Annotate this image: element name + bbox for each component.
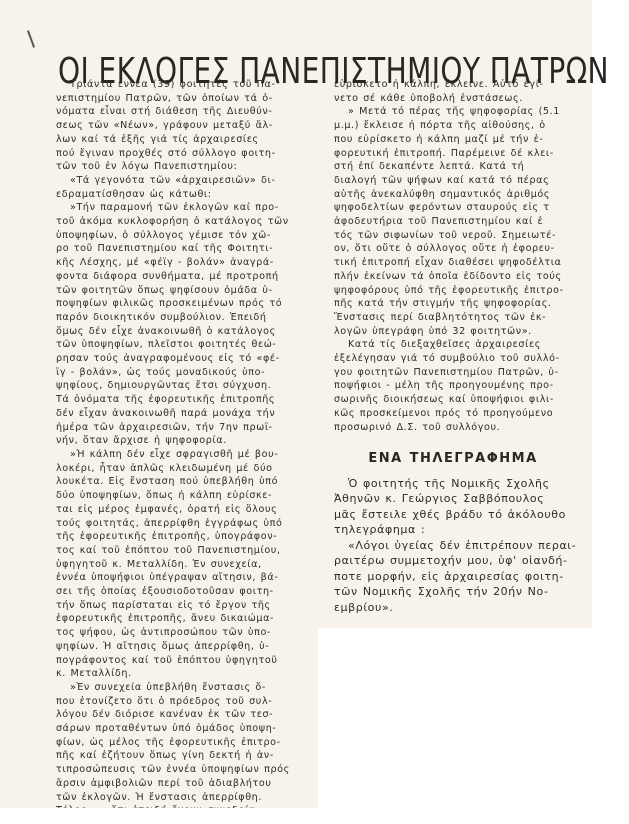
text-line: Ἀθηνῶν κ. Γεώργιος Σαββόπουλος	[334, 491, 592, 507]
text-line: »Ἡ κάλπη δέν εἶχε σφραγισθῆ μέ βου-	[56, 448, 318, 462]
text-line: παρόν διοικητικόν συμβούλιον. Ἐπειδή	[56, 311, 318, 325]
left-column: Τριάντα ἐννέα (39) φοιτητές τοῦ Πα-νεπισ…	[56, 78, 318, 808]
text-line: φοντα διάφορα συνθήματα, μέ προτροπή	[56, 270, 318, 284]
text-line: τός τῶν σιφωνίων τοῦ νεροῦ. Σημειωτέ-	[334, 229, 592, 243]
text-line: τῶν Νομικῆς Σχολῆς τήν 20ήν Νο-	[334, 584, 592, 600]
text-line: τήν ὅπως παρίσταται εἰς τό ἔργον τῆς	[56, 599, 318, 613]
text-line: στή ἐπί δεκαπέντε λεπτά. Κατά τή	[334, 160, 592, 174]
text-line: τῶν φοιτητῶν ὅπως ψηφίσουν ὁμάδα ὑ-	[56, 284, 318, 298]
text-line: πῆς κατά τήν στιγμήν τῆς ψηφοφορίας.	[334, 297, 592, 311]
clipping-bottom-edge	[0, 808, 318, 824]
text-line: τος καί τοῦ ἐπόπτου τοῦ Πανεπιστημίου,	[56, 544, 318, 558]
text-line: κ. Μεταλλίδη.	[56, 667, 318, 681]
text-line: ται εἰς μέρος ἐμφανές, ὁρατή εἰς ὅλους	[56, 503, 318, 517]
text-line: ἡμέρα τῶν ἀρχαιρεσιῶν, τήν 7ην πρωϊ-	[56, 421, 318, 435]
text-line: κῆς Λέσχης, μέ «φέϊγ - βολάν» ἀναγρά-	[56, 256, 318, 270]
text-line: τούς φοιτητάς, ἀπερρίφθη ἐγγράφως ὑπό	[56, 517, 318, 531]
text-line: ποψηφίων φιλικῶς προσκειμένων πρός τό	[56, 297, 318, 311]
text-line: εδραματίσθησαν ὡς κάτωθι:	[56, 188, 318, 202]
text-line: ψηφοφόρους ὑπό τῆς ἐφορευτικῆς ἐπιτρο-	[334, 284, 592, 298]
text-line: νήν, ὅταν ἄρχισε ἡ ψηφοφορία.	[56, 434, 318, 448]
text-line: σωρινῆς διοικήσεως καί ὑποψήφιοι φιλι-	[334, 393, 592, 407]
text-line: τῶν ἐκλογῶν. Ἡ ἔνστασις ἀπερρίφθη.	[56, 791, 318, 805]
text-line: νεπιστημίου Πατρῶν, τῶν ὁποίων τά ὀ-	[56, 92, 318, 106]
text-line: τῆς ἐφορευτικῆς ἐπιτροπῆς, ὑπογράφον-	[56, 530, 318, 544]
text-line: λων καί τά ἑξῆς γιά τίς ἀρχαιρεσίες	[56, 133, 318, 147]
text-line: «Λόγοι ὑγείας δέν ἐπιτρέπουν περαι-	[334, 538, 592, 554]
text-line: ἄρσιν ἀμφιβολιῶν περί τοῦ ἀδιαβλήτου	[56, 777, 318, 791]
right-column-body: εὑρίσκετο ἡ κάλπη, ἔκλεινε. Αὐτό ἐγί-νετ…	[334, 78, 592, 434]
text-line: σει τῆς ὁποίας ἐξουσιοδοτοῦσαν φοιτη-	[56, 585, 318, 599]
text-line: νετο σέ κάθε ὑποβολή ἐνστάσεως.	[334, 92, 592, 106]
text-line: Ὁ φοιτητής τῆς Νομικῆς Σχολῆς	[334, 476, 592, 492]
text-line: που ἐτονίζετο ὅτι ὁ πρόεδρος τοῦ συλ-	[56, 695, 318, 709]
text-line: γου φοιτητῶν Πανεπιστημίου Πατρῶν, ὑ-	[334, 366, 592, 380]
text-line: δέν εἶχαν ἀνακοινωθῆ παρά μονάχα τήν	[56, 407, 318, 421]
text-line: που εὑρίσκετο ἡ κάλπη μαζί μέ τήν ἐ-	[334, 133, 592, 147]
text-line: «Τά γεγονότα τῶν «ἀρχαιρεσιῶν» δι-	[56, 174, 318, 188]
text-line: »Ἐν συνεχεία ὑπεβλήθη ἔνστασις ὅ-	[56, 681, 318, 695]
text-line: ψηφοδελτίων φερόντων σταυρούς εἰς τ	[334, 201, 592, 215]
text-line: τοῦ ἀκόμα κυκλοφορήση ὁ κατάλογος τῶν	[56, 215, 318, 229]
text-line: ὑφηγητοῦ κ. Μεταλλίδη. Ἐν συνεχεία,	[56, 558, 318, 572]
text-line: μᾶς ἔστειλε χθές βράδυ τό ἀκόλουθο	[334, 507, 592, 523]
text-line: δύο ὑποψηφίων, ὅπως ἡ κάλπη εὑρίσκε-	[56, 489, 318, 503]
text-line: πογράφοντος καί τοῦ ἐπόπτου ὑφηγητοῦ	[56, 654, 318, 668]
text-line: ὅμως δέν εἶχε ἀνακοινωθῆ ὁ κατάλογος	[56, 325, 318, 339]
text-line: ἐξελέγησαν γιά τό συμβούλιο τοῦ συλλό-	[334, 352, 592, 366]
text-line: πλήν ἐκείνων τά ὁποῖα ἐδίδοντο εἰς τούς	[334, 270, 592, 284]
text-line: τηλεγράφημα :	[334, 522, 592, 538]
text-line: τιπροσώπευσις τῶν ἐννέα ὑποψηφίων πρός	[56, 763, 318, 777]
subheading-telegram: ΕΝΑ ΤΗΛΕΓΡΑΦΗΜΑ	[334, 452, 592, 466]
text-line: φορευτική ἐπιτροπή. Παρέμεινε δέ κλει-	[334, 147, 592, 161]
clipping-cut-edge	[318, 628, 592, 824]
text-line: σάρων προταθέντων ὑπό ὁμάδος ὑποψη-	[56, 722, 318, 736]
text-line: προσωρινό Δ.Σ. τοῦ συλλόγου.	[334, 421, 592, 435]
telegram-body: Ὁ φοιτητής τῆς Νομικῆς ΣχολῆςἈθηνῶν κ. Γ…	[334, 476, 592, 616]
text-line: ἀφοδευτήρια τοῦ Πανεπιστημίου καί ἐ	[334, 215, 592, 229]
text-line: κῶς προσκείμενοι πρός τό προηγούμενο	[334, 407, 592, 421]
text-line: ποτε μορφήν, εἰς ἀρχαιρεσίας φοιτη-	[334, 569, 592, 585]
text-line: »Τήν παραμονή τῶν ἐκλογῶν καί προ-	[56, 201, 318, 215]
text-line: Ἔνστασις περί διαβλητότητος τῶν ἐκ-	[334, 311, 592, 325]
text-line: εὑρίσκετο ἡ κάλπη, ἔκλεινε. Αὐτό ἐγί-	[334, 78, 592, 92]
text-line: διαλογή τῶν ψήφων καί κατά τό πέρας	[334, 174, 592, 188]
text-line: λόγου δέν διόρισε κανέναν ἐκ τῶν τεσ-	[56, 708, 318, 722]
text-line: εμβρίου».	[334, 600, 592, 616]
text-line: ἐννέα ὑποψήφιοι ὑπέγραψαν αἴτησιν, βά-	[56, 571, 318, 585]
text-line: ρησαν τούς ἀναγραφομένους εἰς τό «φέ-	[56, 352, 318, 366]
text-line: ποψήφιοι - μέλη τῆς προηγουμένης προ-	[334, 379, 592, 393]
text-line: λογῶν ὑπεγράφη ὑπό 32 φοιτητῶν».	[334, 325, 592, 339]
text-line: Τά ὀνόματα τῆς ἐφορευτικῆς ἐπιτροπῆς	[56, 393, 318, 407]
text-line: Τέλος, ... ὅτι ἐπειδή ἔχουν συνεδρία-	[56, 804, 318, 808]
right-column: εὑρίσκετο ἡ κάλπη, ἔκλεινε. Αὐτό ἐγί-νετ…	[334, 78, 592, 623]
text-line: μ.μ.) ἔκλεισε ἡ πόρτα τῆς αἰθούσης, ὁ	[334, 119, 592, 133]
text-line: τική ἐπιτροπή εἶχαν διαθέσει ψηφοδέλτια	[334, 256, 592, 270]
text-line: πῆς καί ἐζήτουν ὅπως γίνη δεκτή ἡ ἀν-	[56, 749, 318, 763]
text-line: αὐτῆς ἀνεκαλύφθη σημαντικός ἀριθμός	[334, 188, 592, 202]
text-line: » Μετά τό πέρας τῆς ψηφοφορίας (5.1	[334, 105, 592, 119]
text-line: σεως τῶν «Νέων», γράφουν μεταξύ ἄλ-	[56, 119, 318, 133]
text-line: νόματα εἶναι στή διάθεση τῆς Διευθύν-	[56, 105, 318, 119]
text-line: ρο τοῦ Πανεπιστημίου καί τῆς Φοιτητι-	[56, 242, 318, 256]
text-line: ψηφίους, δημιουργῶντας ἔτσι σύγχυση.	[56, 379, 318, 393]
text-line: ψηφίων. Ἡ αἴτησις ὅμως ἀπερρίφθη, ὑ-	[56, 640, 318, 654]
text-line: ϊγ - βολάν», ὡς τούς μοναδικούς ὑπο-	[56, 366, 318, 380]
text-line: λοκέρι, ἦταν ἁπλῶς κλειδωμένη μέ δύο	[56, 462, 318, 476]
text-line: λουκέτα. Εἰς ἔνσταση πού ὑπεβλήθη ὑπό	[56, 475, 318, 489]
text-line: τῶν τοῦ ἐν λόγω Πανεπιστημίου:	[56, 160, 318, 174]
text-line: φίων, ὡς μέλος τῆς ἐφορευτικῆς ἐπιτρο-	[56, 736, 318, 750]
text-line: ἐφορευτικῆς ἐπιτροπῆς, ἄνευ δικαιώμα-	[56, 612, 318, 626]
text-line: τος ψήφου, ὡς ἀντιπροσώπου τῶν ὑπο-	[56, 626, 318, 640]
text-line: Κατά τίς διεξαχθεῖσες ἀρχαιρεσίες	[334, 338, 592, 352]
text-line: πού ἔγιναν προχθές στό σύλλογο φοιτη-	[56, 147, 318, 161]
text-line: ραιτέρω συμμετοχήν μου, ὑφ' οἱανδή-	[334, 553, 592, 569]
text-line: τῶν ὑποψηφίων, πλεῖστοι φοιτητές θεώ-	[56, 338, 318, 352]
text-line: ον, ὅτι οὔτε ὁ σύλλογος οὔτε ἡ ἐφορευ-	[334, 242, 592, 256]
text-line: Τριάντα ἐννέα (39) φοιτητές τοῦ Πα-	[56, 78, 318, 92]
text-line: ὑποψηφίων, ὁ σύλλογος γέμισε τόν χῶ-	[56, 229, 318, 243]
